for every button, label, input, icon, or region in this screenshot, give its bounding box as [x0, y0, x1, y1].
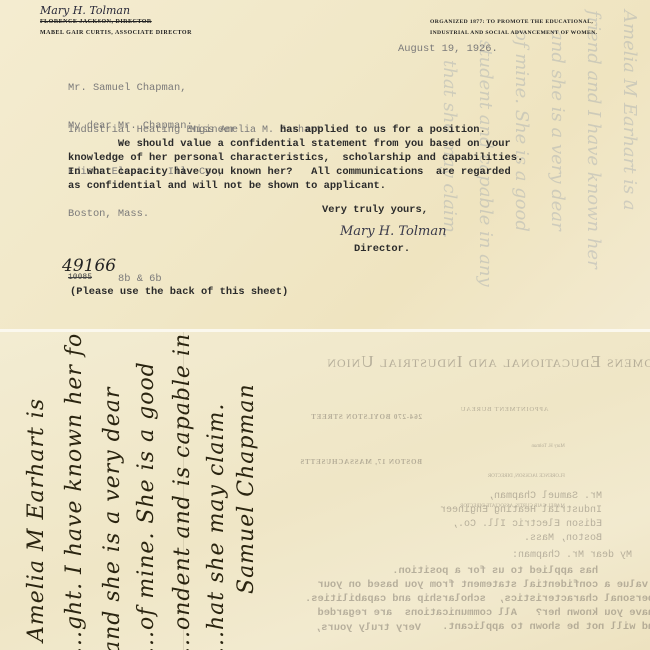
showthrough-bureau: APPOINTMENT BUREAU: [460, 406, 549, 413]
signer-title: Director.: [354, 242, 410, 256]
letter-back: Womens Educational and Industrial Union …: [0, 332, 650, 650]
reply-line-4: ...of mine. She is a good: [134, 361, 159, 650]
showthrough-closing: Very truly yours,: [315, 622, 421, 634]
letter-front: Amelia M Earhart is a friend and I have …: [0, 0, 650, 329]
showthrough-handwriting: friend and I have known her: [583, 10, 604, 269]
classification-codes: 8b & 6b: [118, 272, 162, 286]
reply-line-1: Amelia M Earhart is: [24, 398, 49, 642]
reply-line-2: ...ght. I have known her four: [62, 332, 87, 650]
associate-director-line: MABEL GAIR CURTIS, ASSOCIATE DIRECTOR: [40, 28, 192, 39]
letter-date: August 19, 1926.: [398, 42, 498, 56]
recipient-city: Boston, Mass.: [68, 207, 236, 221]
director-signature: Mary H. Tolman: [340, 224, 446, 239]
salutation: My dear Mr. Chapman:: [68, 119, 193, 133]
director-line: FLORENCE JACKSON, DIRECTOR: [40, 17, 192, 28]
showthrough-staff-line: FLORENCE JACKSON, DIRECTOR: [460, 472, 565, 482]
showthrough-staff-line: Mary H. Tolman: [460, 442, 565, 452]
showthrough-recipient: Mr. Samuel Chapman, Industrial Heating E…: [440, 490, 602, 546]
motto-line-1: ORGANIZED 1877: TO PROMOTE THE EDUCATION…: [430, 17, 640, 28]
showthrough-handwriting: Amelia M Earhart is a: [619, 10, 640, 211]
file-number-struck: 10085: [68, 273, 92, 282]
instruction-note: (Please use the back of this sheet): [70, 285, 288, 299]
showthrough-handwriting: of mine. She is a good: [511, 30, 532, 232]
letterhead-motto: ORGANIZED 1877: TO PROMOTE THE EDUCATION…: [430, 17, 640, 39]
showthrough-org-title: Womens Educational and Industrial Union: [250, 352, 650, 372]
reply-line-6: ...hat she may claim.: [204, 403, 229, 650]
reply-line-5: ...ondent and is capable in any: [170, 332, 195, 650]
body-first-line: has applied to us for a position.: [280, 123, 486, 137]
recipient-name: Mr. Samuel Chapman,: [68, 81, 236, 95]
showthrough-address: 264-270 BOYLSTON STREET BOSTON 17, MASSA…: [262, 380, 422, 500]
showthrough-salutation: My dear Mr. Chapman:: [512, 550, 632, 561]
body-paragraph: We should value a confidential statement…: [68, 137, 523, 193]
showthrough-address-line: BOSTON 17, MASSACHUSETTS: [262, 455, 422, 470]
motto-line-2: INDUSTRIAL AND SOCIAL ADVANCEMENT OF WOM…: [430, 28, 640, 39]
letterhead-signature: Mary H. Tolman: [40, 4, 130, 17]
showthrough-handwriting: and she is a very dear: [547, 30, 568, 231]
reply-line-3: and she is a very dear: [100, 387, 125, 650]
closing: Very truly yours,: [322, 203, 428, 217]
letterhead-staff: FLORENCE JACKSON, DIRECTOR MABEL GAIR CU…: [40, 17, 192, 39]
showthrough-address-line: 264-270 BOYLSTON STREET: [262, 410, 422, 425]
reply-signature: Samuel Chapman: [234, 383, 259, 594]
